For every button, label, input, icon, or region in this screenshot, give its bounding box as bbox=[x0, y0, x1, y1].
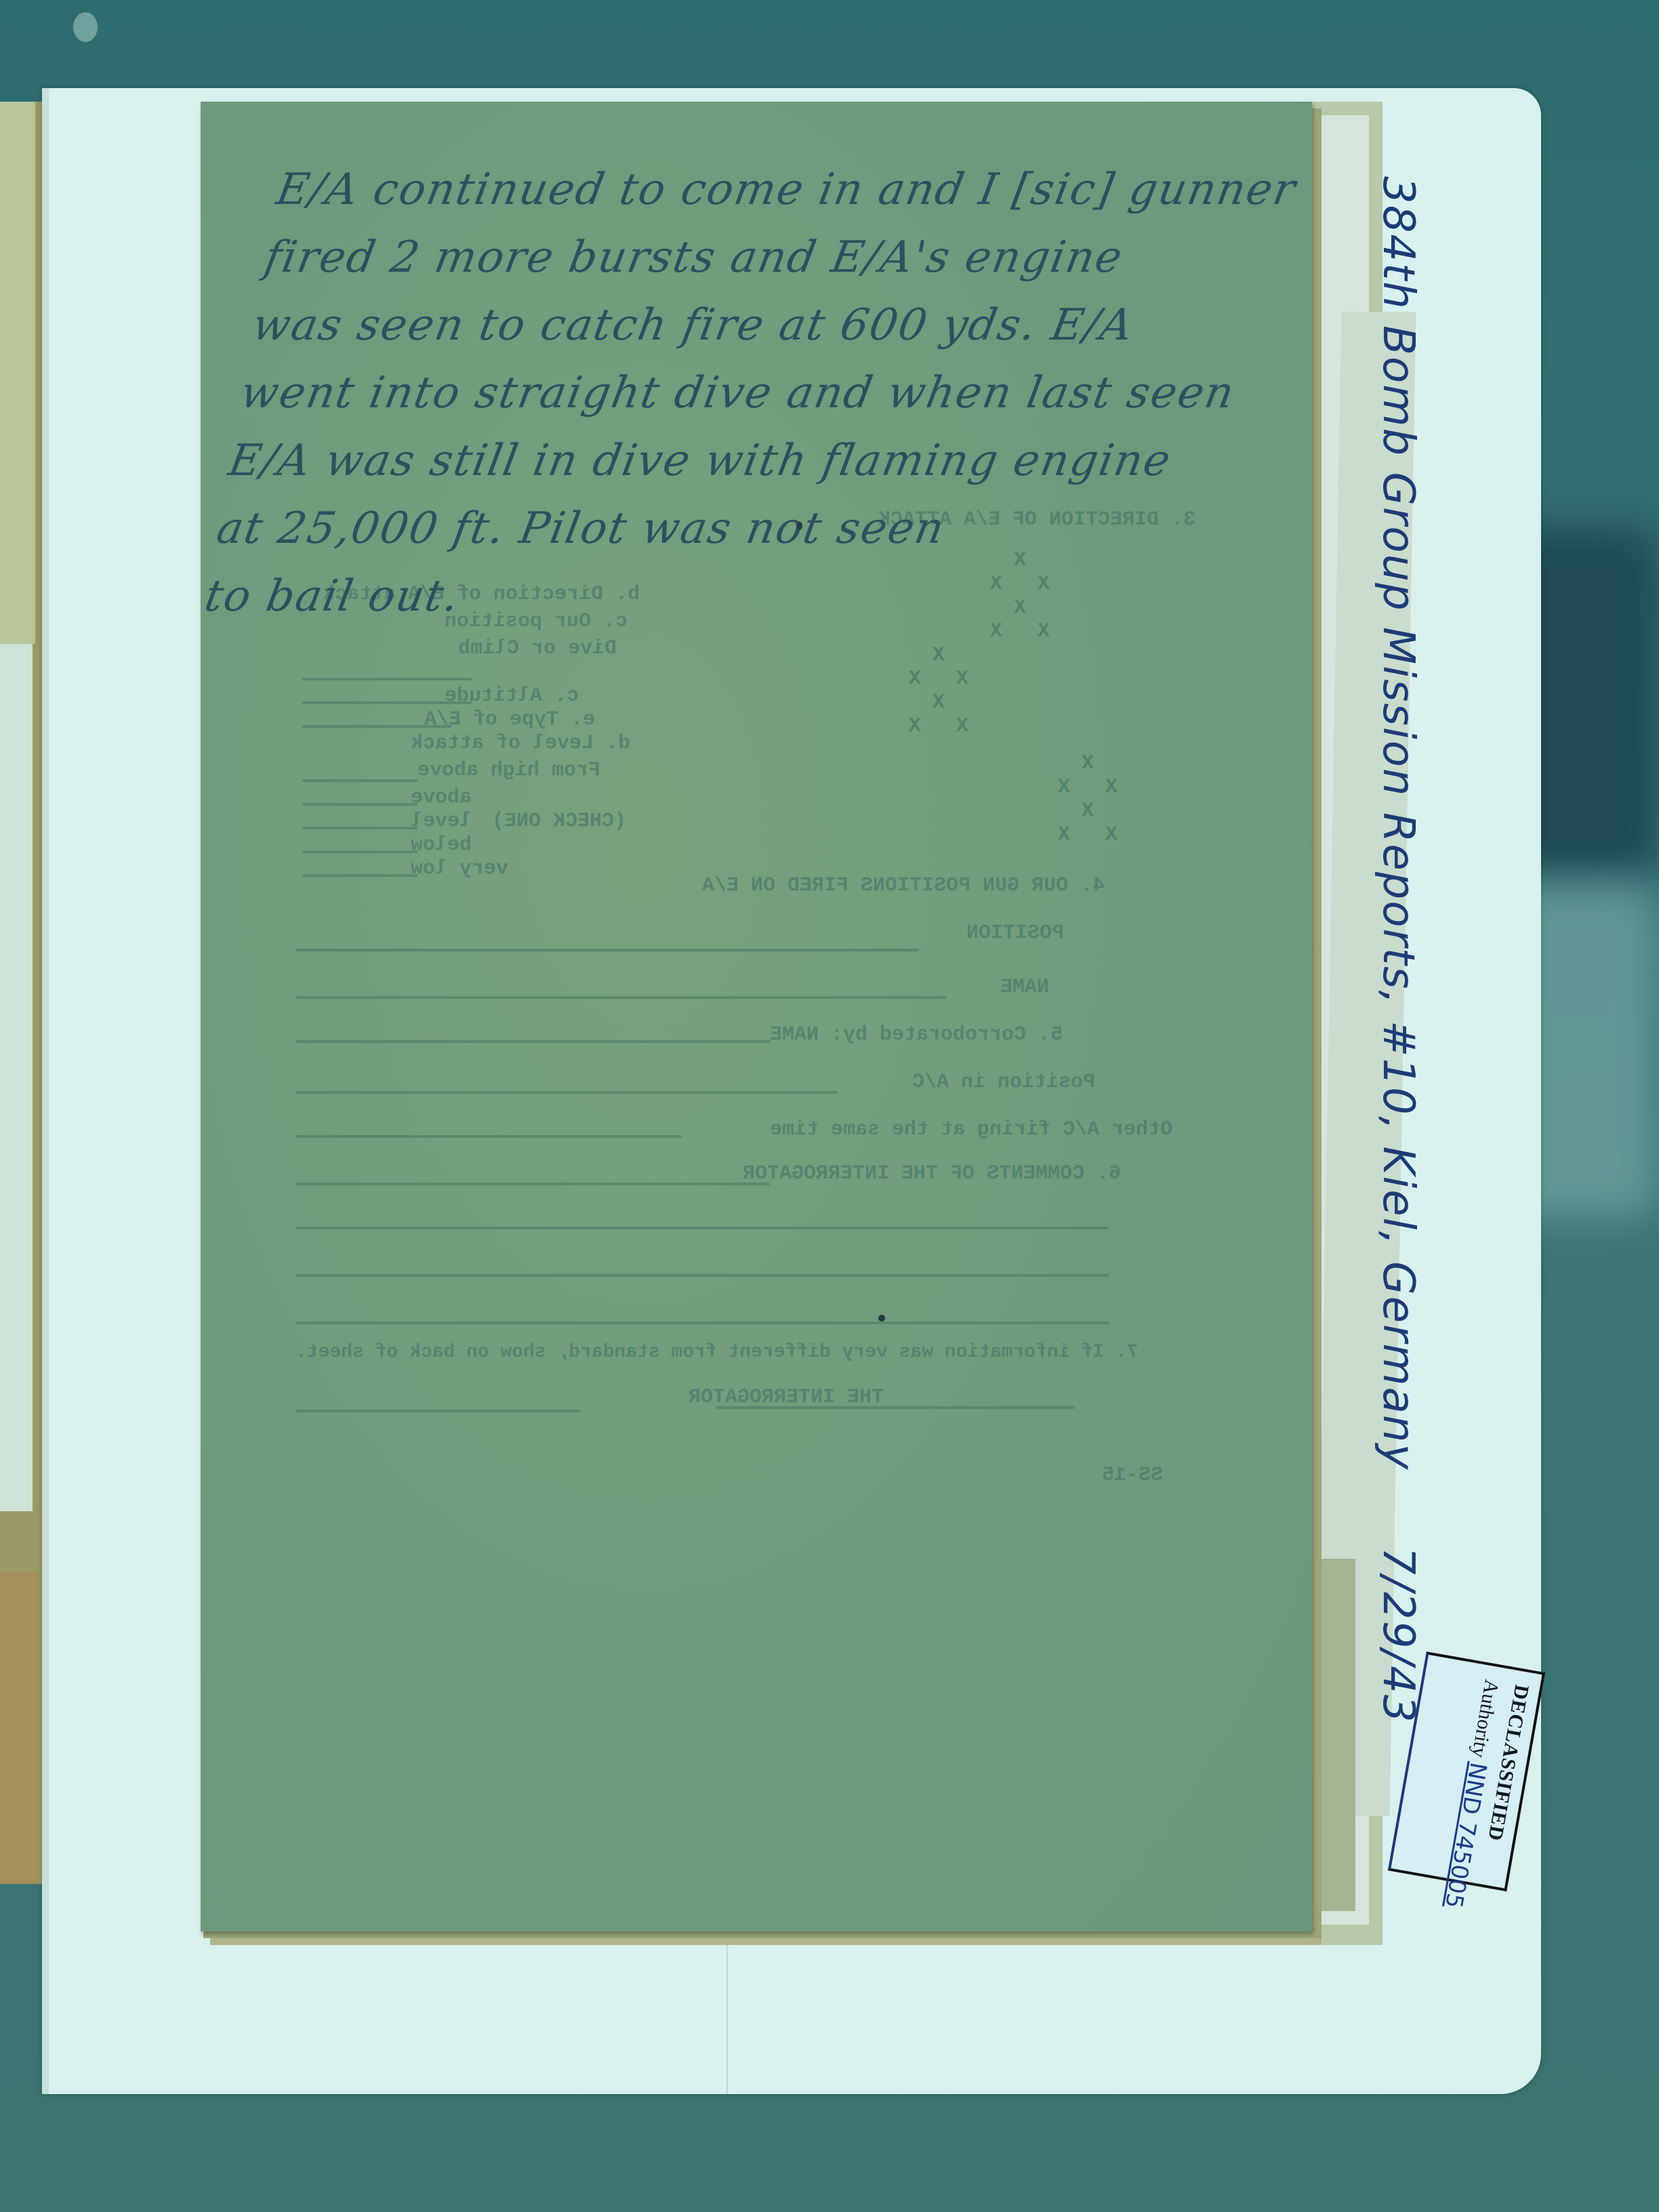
form-rule bbox=[295, 949, 919, 951]
form-rule bbox=[302, 874, 417, 877]
handwritten-line: went into straight dive and when last se… bbox=[235, 359, 1305, 427]
document-sheet: 3. DIRECTION OF E/A ATTACK b. Direction … bbox=[201, 102, 1312, 1931]
stamp-authority-label: Authority bbox=[1467, 1678, 1503, 1760]
form-rule bbox=[295, 1135, 682, 1138]
bleed-item: below bbox=[411, 834, 472, 857]
x-mark: X bbox=[933, 644, 945, 667]
folder-annotation-text: 384th Bomb Group Mission Reports, #10, K… bbox=[1373, 176, 1423, 1471]
bleed-item: 5. Corroborated by: NAME bbox=[770, 1023, 1063, 1046]
x-mark: X bbox=[1082, 752, 1094, 775]
form-rule bbox=[295, 996, 946, 999]
form-rule bbox=[295, 1322, 1109, 1324]
x-mark: X bbox=[909, 668, 921, 691]
x-mark: X bbox=[1058, 823, 1070, 846]
bleed-item: 4. OUR GUN POSITIONS FIRED ON E/A bbox=[702, 874, 1105, 897]
bleed-item: Dive or Climb bbox=[458, 637, 617, 660]
x-mark: X bbox=[1105, 776, 1118, 799]
bleed-item: THE INTERROGATOR bbox=[689, 1386, 884, 1409]
bleed-item: 6. COMMENTS OF THE INTERROGATOR bbox=[743, 1162, 1121, 1185]
x-mark: X bbox=[1082, 800, 1094, 823]
bleed-item: Position in A/C bbox=[912, 1071, 1095, 1094]
form-rule bbox=[302, 678, 472, 680]
x-mark: X bbox=[956, 668, 968, 691]
handwritten-line: E/A continued to come in and I [sic] gun… bbox=[271, 156, 1340, 224]
form-rule bbox=[302, 701, 472, 704]
bleed-item: d. Level of attack bbox=[411, 732, 630, 755]
handwritten-line: to bail out. bbox=[199, 562, 1269, 630]
ink-spot bbox=[878, 1315, 885, 1322]
bleed-item: NAME bbox=[1000, 976, 1049, 999]
folder-annotation-date: 7/29/43 bbox=[1373, 1547, 1423, 1724]
bleed-item: POSITION bbox=[966, 922, 1064, 945]
bleed-item: 7. If information was very different fro… bbox=[295, 1342, 1138, 1363]
x-mark: X bbox=[956, 715, 968, 738]
handwritten-line: fired 2 more bursts and E/A's engine bbox=[259, 224, 1328, 291]
form-rule bbox=[302, 779, 417, 782]
form-rule bbox=[295, 1091, 838, 1094]
form-rule bbox=[295, 1274, 1109, 1277]
adjacent-folder-edge bbox=[0, 1572, 38, 1884]
handwritten-line: was seen to catch fire at 600 yds. E/A bbox=[247, 291, 1317, 359]
bleed-item: above bbox=[411, 786, 472, 809]
form-rule bbox=[295, 1183, 770, 1185]
table-hole bbox=[73, 12, 98, 42]
form-rule bbox=[716, 1406, 1075, 1409]
form-rule bbox=[302, 803, 417, 806]
bleed-item: (CHECK ONE) bbox=[492, 810, 626, 833]
folder-fold bbox=[42, 88, 49, 2094]
handwritten-line: at 25,000 ft. Pilot was not seen bbox=[211, 495, 1281, 562]
adjacent-page-edge bbox=[0, 644, 33, 1511]
bleed-item: From high above bbox=[417, 759, 600, 782]
ink-spot bbox=[797, 522, 802, 530]
x-mark: X bbox=[1058, 776, 1070, 799]
form-rule bbox=[295, 1040, 770, 1043]
form-number: SS-15 bbox=[1102, 1464, 1163, 1487]
x-mark: X bbox=[1105, 823, 1118, 846]
x-mark: X bbox=[933, 691, 945, 714]
bleed-item: very low bbox=[411, 857, 508, 880]
form-rule bbox=[302, 851, 417, 853]
bleed-item: level bbox=[411, 810, 472, 833]
adjacent-folder-edge bbox=[0, 102, 35, 644]
handwritten-note: E/A continued to come in and I [sic] gun… bbox=[199, 156, 1340, 630]
x-mark: X bbox=[909, 715, 921, 738]
form-rule bbox=[302, 827, 417, 829]
folder-annotation: 384th Bomb Group Mission Reports, #10, K… bbox=[1373, 176, 1423, 1464]
bleed-item: Other A/C firing at the same time bbox=[770, 1118, 1172, 1141]
form-rule bbox=[295, 1227, 1109, 1229]
handwritten-line: E/A was still in dive with flaming engin… bbox=[224, 427, 1293, 495]
form-rule bbox=[295, 1410, 580, 1412]
form-rule bbox=[302, 725, 451, 728]
